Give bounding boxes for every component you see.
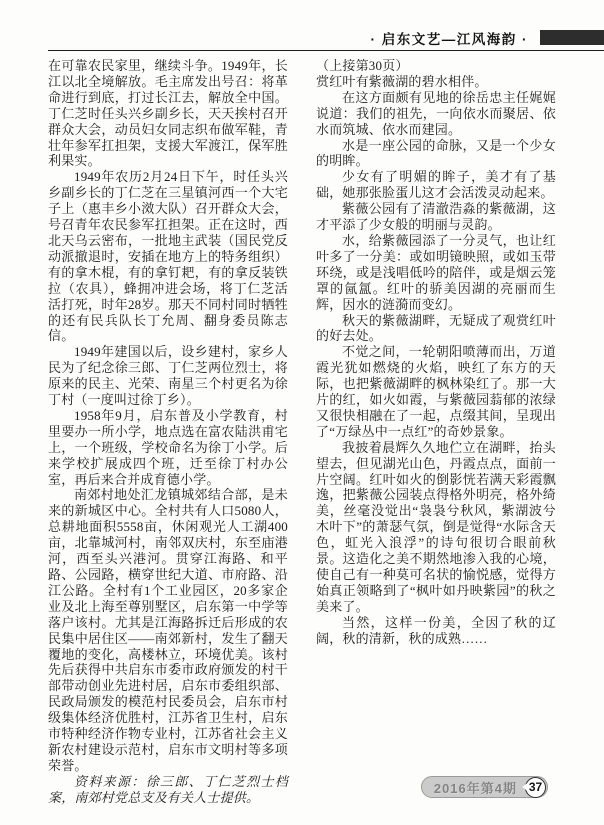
source-note: 资料来源：徐三郎、丁仁芝烈士档案，南郊村党总支及有关人士提供。 [48,774,288,806]
paragraph: 南郊村地处汇龙镇城郊结合部，是未来的新城区中心。全村共有人口5080人，总耕地面… [48,487,288,773]
paragraph: 不觉之间，一轮朝阳喷薄而出，万道霞光犹如燃烧的火焰，映红了东方的天际，也把紫薇湖… [316,344,556,439]
paragraph: （上接第30页） [316,58,556,74]
article-body: 在可靠农民家里，继续斗争。1949年，长江以北全境解放。毛主席发出号召：将革命进… [48,58,556,806]
page-header: · 启东文艺—江风海韵 · [48,28,604,51]
header-decoration-block [540,30,604,45]
paragraph: 1949年农历2月24日下午，时任头兴乡副乡长的丁仁芝在三星镇河西一个大宅子上（… [48,169,288,344]
paragraph: 我披着晨辉久久地伫立在湖畔，抬头望去，但见湖光山色，丹霞点点，面前一片空阔。红叶… [316,440,556,615]
page-number-notch-icon [522,782,529,792]
issue-label: 2016年第4期 [434,778,517,797]
page-footer: 2016年第4期 37 [421,776,548,798]
header-rule [48,50,604,51]
paragraph: 水是一座公园的命脉，又是一个少女的明眸。 [316,138,556,170]
issue-badge: 2016年第4期 37 [421,776,548,798]
paragraph: 在这方面颇有见地的徐岳忠主任娓娓说道：我们的祖先，一向依水而聚居、依水而筑城、依… [316,90,556,138]
paragraph: 紫薇公园有了清澈浩淼的紫薇湖，这才平添了少女般的明丽与灵韵。 [316,201,556,233]
right-column: （上接第30页）赏红叶有紫薇湖的碧水相伴。在这方面颇有见地的徐岳忠主任娓娓说道：… [316,58,556,806]
paragraph: 1949年建国以后，设乡建村，家乡人民为了纪念徐三郎、丁仁芝两位烈士，将原来的民… [48,344,288,408]
paragraph: 赏红叶有紫薇湖的碧水相伴。 [316,74,556,90]
journal-section-title: · 启东文艺—江风海韵 · [371,28,529,48]
paragraph: 当然，这样一份美，全因了秋的辽阔，秋的清新，秋的成熟…… [316,615,556,647]
paragraph: 秋天的紫薇湖畔，无疑成了观赏红叶的好去处。 [316,313,556,345]
paragraph: 在可靠农民家里，继续斗争。1949年，长江以北全境解放。毛主席发出号召：将革命进… [48,58,288,169]
left-column: 在可靠农民家里，继续斗争。1949年，长江以北全境解放。毛主席发出号召：将革命进… [48,58,288,806]
paragraph: 水，给紫薇园添了一分灵气，也让红叶多了一分美：或如明镜映照，或如玉带环绕，或是浅… [316,233,556,313]
paragraph: 1958年9月，启东普及小学教育，村里要办一所小学，地点选在富农陆洪甫宅上，一个… [48,408,288,488]
magazine-page: · 启东文艺—江风海韵 · 在可靠农民家里，继续斗争。1949年，长江以北全境解… [0,0,604,825]
paragraph: 少女有了明媚的眸子，美才有了基础，她那张脸蛋儿这才会活泼灵动起来。 [316,169,556,201]
header-row: · 启东文艺—江风海韵 · [48,28,604,47]
